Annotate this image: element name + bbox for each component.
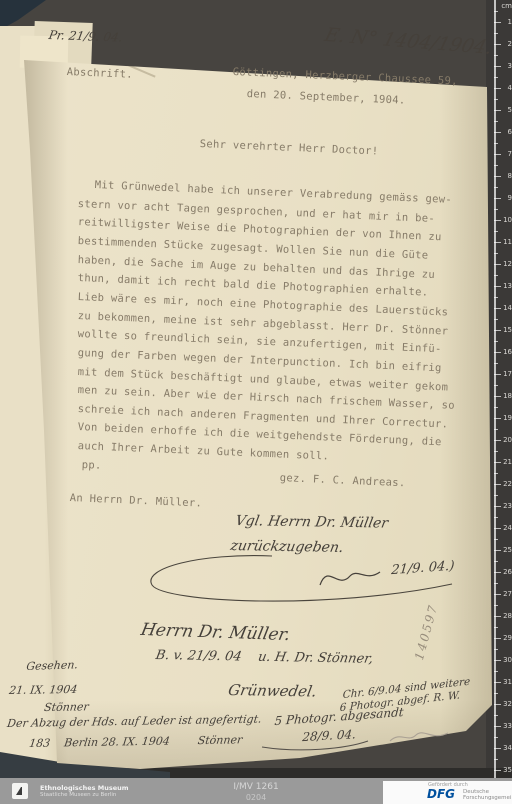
- ruler-tick: [494, 704, 501, 705]
- ruler-tick: [494, 418, 501, 419]
- ruler-number: 6: [501, 128, 512, 136]
- ruler-number: 34: [501, 744, 512, 752]
- ruler-tick: [494, 88, 501, 89]
- ruler-tick: [494, 583, 498, 584]
- ruler-tick: [494, 539, 498, 540]
- ruler-tick: [494, 121, 498, 122]
- dfg-logo-patch: Gefördert durch DFG Deutsche Forschungsg…: [383, 781, 512, 804]
- ruler-tick: [494, 341, 498, 342]
- seen-note: Gesehen.: [26, 658, 79, 673]
- ruler-number: 19: [501, 414, 512, 422]
- ruler-tick: [494, 253, 498, 254]
- typed-body-line: auch Ihrer Arbeit zu Gute kommen soll.: [77, 440, 329, 463]
- ruler-tick: [494, 649, 498, 650]
- ruler-tick: [494, 671, 498, 672]
- ruler-number: 30: [501, 656, 512, 664]
- ruler-tick: [494, 506, 501, 507]
- ruler-tick: [494, 22, 501, 23]
- leather-note: Der Abzug der Hds. auf Leder ist angefer…: [6, 713, 262, 730]
- ruler-number: 29: [501, 634, 512, 642]
- ruler-tick: [494, 385, 498, 386]
- cm-ruler: cm 1234567891011121314151617181920212223…: [494, 0, 512, 804]
- ruler-number: 28: [501, 612, 512, 620]
- ruler-number: 10: [501, 216, 512, 224]
- dfg-full-name: Deutsche Forschungsgemeinschaft: [463, 789, 512, 801]
- file-number-note: E. N° 1404/1904.: [322, 24, 494, 59]
- ruler-tick: [494, 561, 498, 562]
- ruler-tick: [494, 55, 498, 56]
- ruler-number: 31: [501, 678, 512, 686]
- ruler-tick: [494, 374, 501, 375]
- ruler-tick: [494, 132, 501, 133]
- scanned-letter-viewer: Pr. 21/9. 04. E. N° 1404/1904. Abschrift…: [0, 0, 512, 804]
- ruler-tick: [494, 11, 498, 12]
- ruler-tick: [494, 297, 498, 298]
- ruler-number: 11: [501, 238, 512, 246]
- ruler-tick: [494, 242, 501, 243]
- ruler-tick: [494, 473, 498, 474]
- inventory-number-pencil: 140597: [412, 602, 440, 661]
- ruler-number: 12: [501, 260, 512, 268]
- ruler-tick: [494, 198, 501, 199]
- typed-body-line: pp.: [81, 459, 101, 472]
- ruler-tick: [494, 407, 498, 408]
- ruler-number: 5: [501, 106, 512, 114]
- return-note-line2: zurückzugeben.: [229, 538, 345, 556]
- ruler-tick: [494, 759, 498, 760]
- ruler-tick: [494, 308, 501, 309]
- return-note-date: 21/9. 04.): [391, 559, 455, 579]
- bv-note: B. v. 21/9. 04 u. H. Dr. Stönner,: [154, 648, 374, 667]
- ruler-number: 26: [501, 568, 512, 576]
- ruler-tick: [494, 33, 498, 34]
- ruler-tick: [494, 451, 498, 452]
- dfg-name-line2: Forschungsgemeinschaft: [463, 795, 512, 801]
- ruler-tick: [494, 220, 501, 221]
- ruler-number: 32: [501, 700, 512, 708]
- berlin-line: 183 Berlin 28. IX. 1904 Stönner: [28, 733, 243, 750]
- ruler-tick: [494, 484, 501, 485]
- ruler-tick: [494, 572, 501, 573]
- ruler-tick: [494, 352, 501, 353]
- ruler-tick: [494, 275, 498, 276]
- ruler-tick: [494, 66, 501, 67]
- ruler-tick: [494, 44, 501, 45]
- ruler-number: 20: [501, 436, 512, 444]
- ruler-tick: [494, 165, 498, 166]
- ruler-number: 22: [501, 480, 512, 488]
- ruler-number: 3: [501, 62, 512, 70]
- ruler-number: 1: [501, 18, 512, 26]
- ruler-tick: [494, 638, 501, 639]
- ruler-number: 21: [501, 458, 512, 466]
- return-note-line1: Vgl. Herrn Dr. Müller: [234, 513, 389, 532]
- gruenwedel-signature: Grünwedel.: [227, 681, 318, 700]
- ruler-number: 25: [501, 546, 512, 554]
- ruler-tick: [494, 737, 498, 738]
- ruler-tick: [494, 77, 498, 78]
- copy-label: Abschrift.: [66, 66, 133, 81]
- ruler-tick: [494, 363, 498, 364]
- ruler-tick: [494, 429, 498, 430]
- ruler-number: 2: [501, 40, 512, 48]
- ruler-tick: [494, 528, 501, 529]
- ruler-number: 23: [501, 502, 512, 510]
- ruler-tick: [494, 715, 498, 716]
- ruler-tick: [494, 110, 501, 111]
- ruler-number: 16: [501, 348, 512, 356]
- ruler-number: 27: [501, 590, 512, 598]
- ruler-tick: [494, 726, 501, 727]
- ruler-tick: [494, 176, 501, 177]
- seen-date: 21. IX. 1904: [8, 683, 78, 697]
- ruler-tick: [494, 770, 501, 771]
- ruler-tick: [494, 660, 501, 661]
- ruler-tick: [494, 748, 501, 749]
- dfg-logo: DFG: [427, 787, 455, 801]
- date-line: den 20. September, 1904.: [246, 88, 405, 107]
- ruler-tick: [494, 495, 498, 496]
- ruler-tick: [494, 682, 501, 683]
- ruler-number: 17: [501, 370, 512, 378]
- ruler-number: 35: [501, 766, 512, 774]
- ruler-tick: [494, 187, 498, 188]
- ruler-number: 18: [501, 392, 512, 400]
- ruler-tick: [494, 143, 498, 144]
- ruler-tick: [494, 264, 501, 265]
- ruler-tick: [494, 517, 498, 518]
- ruler-number: 15: [501, 326, 512, 334]
- mueller-note: Herrn Dr. Müller.: [139, 620, 292, 645]
- ruler-tick: [494, 286, 501, 287]
- ruler-tick: [494, 440, 501, 441]
- seen-name: Stönner: [43, 700, 89, 714]
- ruler-number: 24: [501, 524, 512, 532]
- ruler-tick: [494, 627, 498, 628]
- ruler-tick: [494, 605, 498, 606]
- ruler-tick: [494, 616, 501, 617]
- ruler-tick: [494, 462, 501, 463]
- signature-line: gez. F. C. Andreas.: [279, 472, 405, 489]
- ruler-tick: [494, 231, 498, 232]
- ruler-tick: [494, 319, 498, 320]
- ruler-tick: [494, 209, 498, 210]
- ruler-tick: [494, 396, 501, 397]
- ruler-tick: [494, 99, 498, 100]
- viewer-footer-bar: Ethnologisches Museum Staatliche Museen …: [0, 778, 512, 804]
- ruler-unit-label: cm: [499, 2, 512, 10]
- addressee-line: An Herrn Dr. Müller.: [69, 492, 202, 510]
- ruler-number: 7: [501, 150, 512, 158]
- ruler-number: 14: [501, 304, 512, 312]
- ruler-number: 9: [501, 194, 512, 202]
- ruler-tick: [494, 550, 501, 551]
- ruler-number: 13: [501, 282, 512, 290]
- place-line: Göttingen, Herzberger Chaussee 59,: [232, 66, 457, 87]
- salutation: Sehr verehrter Herr Doctor!: [199, 138, 378, 157]
- ruler-tick: [494, 594, 501, 595]
- ruler-number: 8: [501, 172, 512, 180]
- ruler-number: 4: [501, 84, 512, 92]
- ruler-tick: [494, 693, 498, 694]
- ruler-number: 33: [501, 722, 512, 730]
- ruler-tick: [494, 330, 501, 331]
- received-note: Pr. 21/9. 04.: [48, 28, 124, 44]
- ruler-tick: [494, 154, 501, 155]
- photos-sent2-note-line2: 28/9. 04.: [302, 727, 357, 744]
